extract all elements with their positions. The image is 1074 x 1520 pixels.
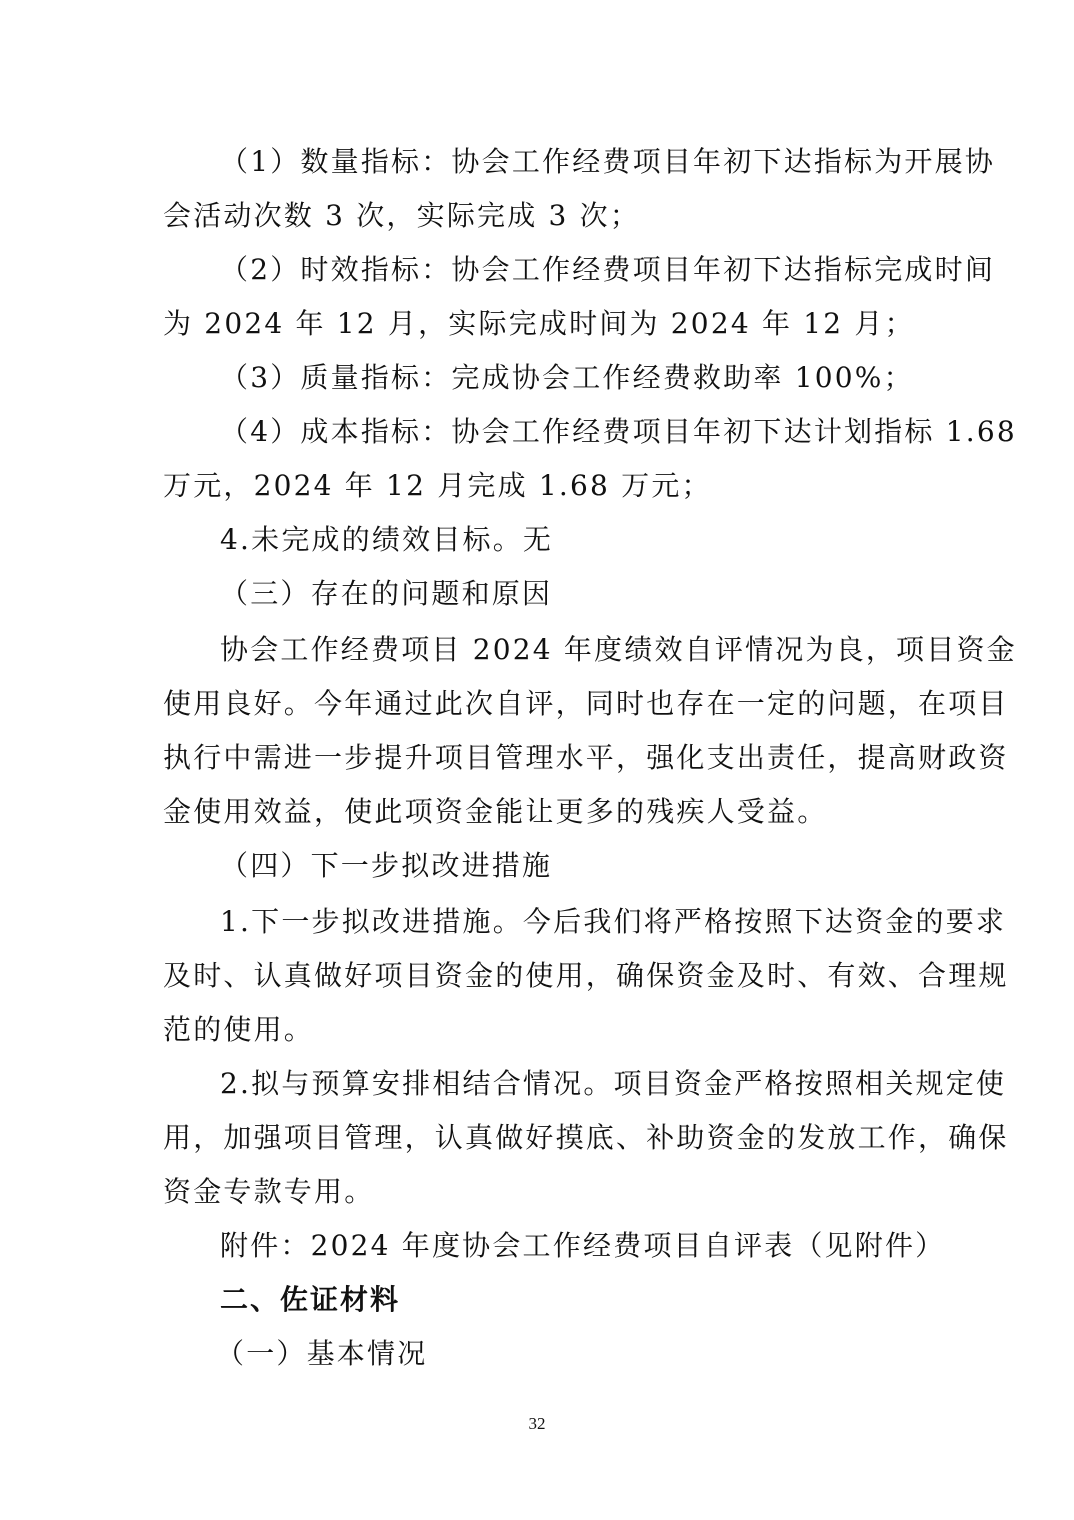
text-line: 资金专款专用。: [163, 1172, 915, 1212]
text-line: 附件：2024 年度协会工作经费项目自评表（见附件）: [220, 1226, 915, 1266]
text-line: 为 2024 年 12 月，实际完成时间为 2024 年 12 月；: [163, 304, 915, 344]
text-line: 1.下一步拟改进措施。今后我们将严格按照下达资金的要求: [220, 902, 915, 942]
text-line: 4.未完成的绩效目标。无: [220, 520, 915, 560]
text-line: 使用良好。今年通过此次自评，同时也存在一定的问题，在项目: [163, 684, 915, 724]
text-line: （4）成本指标：协会工作经费项目年初下达计划指标 1.68: [220, 412, 915, 452]
text-line: 万元，2024 年 12 月完成 1.68 万元；: [163, 466, 915, 506]
text-line: 用，加强项目管理，认真做好摸底、补助资金的发放工作，确保: [163, 1118, 915, 1158]
text-line: （2）时效指标：协会工作经费项目年初下达指标完成时间: [220, 250, 915, 290]
text-line: （3）质量指标：完成协会工作经费救助率 100%；: [220, 358, 915, 398]
text-line: 会活动次数 3 次，实际完成 3 次；: [163, 196, 915, 236]
page-number: 32: [0, 1414, 1074, 1434]
text-line: 金使用效益，使此项资金能让更多的残疾人受益。: [163, 792, 915, 832]
text-line: 协会工作经费项目 2024 年度绩效自评情况为良，项目资金: [220, 630, 915, 670]
text-line: 执行中需进一步提升项目管理水平，强化支出责任，提高财政资: [163, 738, 915, 778]
text-line: （三）存在的问题和原因: [220, 574, 915, 614]
subsection-heading: （一）基本情况: [216, 1334, 911, 1374]
text-line: 2.拟与预算安排相结合情况。项目资金严格按照相关规定使: [220, 1064, 915, 1104]
text-line: 及时、认真做好项目资金的使用，确保资金及时、有效、合理规: [163, 956, 915, 996]
text-line: 范的使用。: [163, 1010, 915, 1050]
text-line: （四）下一步拟改进措施: [220, 846, 915, 886]
text-line: （1）数量指标：协会工作经费项目年初下达指标为开展协: [220, 142, 915, 182]
section-heading: 二、佐证材料: [220, 1280, 915, 1320]
